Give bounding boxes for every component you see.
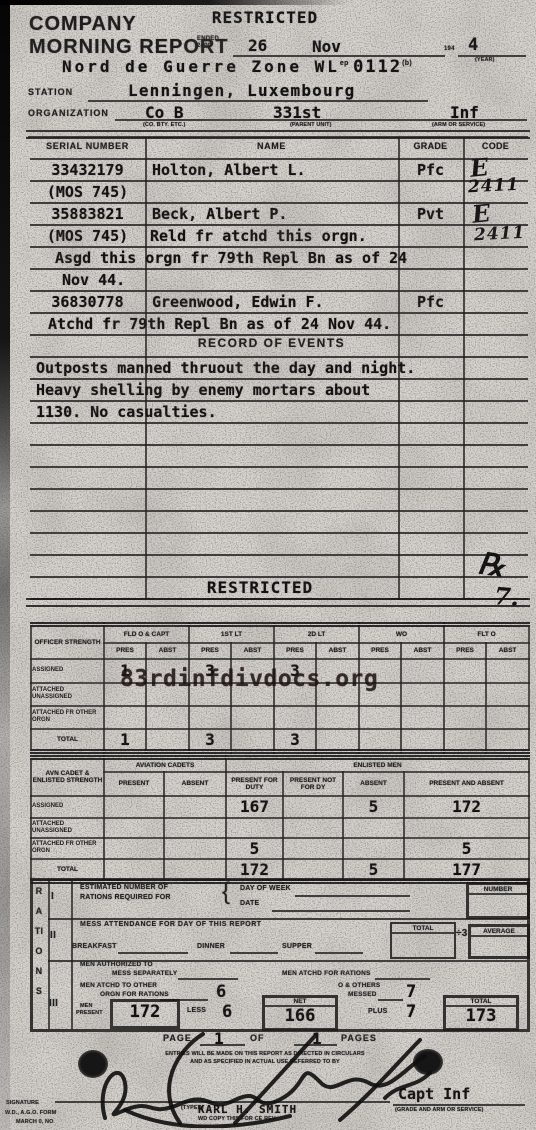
brace-glyph: { [222, 878, 230, 906]
enlisted-attother-value [283, 838, 343, 859]
report-year: 4 [468, 35, 478, 55]
officer-attother-value [189, 706, 231, 729]
column-header-name: NAME [145, 141, 398, 151]
enlisted-strength-label: AVN CADET & ENLISTED STRENGTH [31, 758, 104, 796]
number-box: NUMBER [466, 882, 530, 919]
group-wo: WO [359, 625, 444, 643]
handwritten-mark: ℞ [476, 546, 508, 584]
dinner-underline [230, 952, 278, 954]
officer-attunasg-value [486, 683, 529, 706]
officer-attother-value [231, 706, 274, 729]
enlisted-attother-value [343, 838, 404, 859]
column-divider [463, 138, 465, 600]
officer-attother-value [146, 706, 189, 729]
caption-parent-unit: (PARENT UNIT) [290, 122, 332, 128]
subcol-abst: ABST [316, 643, 359, 659]
men-atchd-underline [375, 978, 430, 980]
officer-total-value [359, 729, 401, 752]
form-title-line1: COMPANY [29, 13, 137, 36]
caption-arm-service: (ARM OR SERVICE) [432, 122, 485, 128]
officer-attother-value [316, 706, 359, 729]
col-absent: ABSENT [343, 772, 404, 796]
men-present-label1: MEN [80, 1003, 93, 1009]
station-label: STATION [28, 87, 73, 97]
o-and-others-line2: MESSED [348, 991, 377, 998]
mid-bottom-rule [26, 598, 530, 607]
officer-total-value [444, 729, 486, 752]
column-header-code: CODE [463, 141, 528, 151]
supper-underline [315, 952, 363, 954]
enlisted-attother-value [104, 838, 164, 859]
men-present-box: 172 [110, 999, 180, 1029]
mess-separately-underline [178, 978, 238, 980]
col-cadets-absent: ABSENT [164, 772, 226, 796]
subcol-abst: ABST [401, 643, 444, 659]
roster-serial: (MOS 745) [30, 227, 145, 245]
rations-roman-2: II [50, 930, 56, 941]
roster-note: Nov 44. [62, 271, 125, 289]
rations-sec1-divider [48, 918, 527, 920]
men-present-value: 172 [113, 1002, 177, 1022]
roster-name: Beck, Albert P. [152, 205, 287, 223]
row-label-attached-unassigned: ATTACHED UNASSIGNED [31, 818, 104, 838]
rations-roman-3: III [49, 998, 58, 1009]
officer-total-value [231, 729, 274, 752]
enlisted-assigned-value: 5 [343, 796, 404, 818]
enlisted-attother-value: 5 [404, 838, 529, 859]
col-present-for-duty: PRESENT FOR DUTY [226, 772, 283, 796]
map-zone: Nord de Guerre Zone WL [62, 57, 340, 76]
roster-serial: 35883821 [30, 205, 145, 223]
enlisted-assigned-value: 167 [226, 796, 283, 818]
supper-label: SUPPER [282, 943, 312, 950]
group-fldo-capt: FLD O & CAPT [104, 625, 189, 643]
average-box: AVERAGE [468, 924, 530, 959]
subcol-abst: ABST [231, 643, 274, 659]
scan-edge-top [0, 0, 350, 5]
officer-attother-value [401, 706, 444, 729]
rations-estimated-line2: RATIONS REQUIRED FOR [80, 894, 171, 901]
officer-strength-label: OFFICER STRENGTH [31, 625, 104, 659]
less-label: LESS [187, 1007, 206, 1014]
enlisted-attunasg-value [164, 818, 226, 838]
divide-by-3: ÷3 [456, 928, 468, 939]
date-label: DATE [240, 900, 259, 907]
record-of-events-header: RECORD OF EVENTS [145, 336, 398, 350]
roster-grade: Pvt [398, 205, 463, 223]
organization-underline [115, 119, 527, 121]
group-1st-lt: 1ST LT [189, 625, 274, 643]
officer-attother-value [359, 706, 401, 729]
ended-label-line2: 2400 [197, 43, 211, 49]
mess-attendance-title: MESS ATTENDANCE FOR DAY OF THIS REPORT [80, 921, 262, 928]
officer-assigned-value [444, 659, 486, 683]
men-atchd-other-line2: ORGN FOR RATIONS [100, 991, 169, 998]
enlisted-attother-value: 5 [226, 838, 283, 859]
handwritten-code: 2411 [474, 223, 526, 246]
men-authorized-line2: MESS SEPARATELY [112, 970, 177, 977]
roster-grade: Pfc [398, 293, 463, 311]
officer-attunasg-value [444, 683, 486, 706]
signature-label: SIGNATURE [6, 1100, 39, 1106]
others-messed-value: 7 [406, 982, 416, 1002]
enlisted-attunasg-value [226, 818, 283, 838]
year-caption: (YEAR) [475, 57, 495, 63]
roster-serial: (MOS 745) [30, 183, 145, 201]
officer-attunasg-value [401, 683, 444, 706]
report-day: 26 [248, 36, 267, 55]
net-value: 166 [265, 1007, 335, 1025]
rations-estimated-line1: ESTIMATED NUMBER OF [80, 884, 168, 891]
handwritten-code: 2411 [468, 175, 520, 198]
caption-co-bty: (CO. BTY. ETC.) [143, 122, 185, 128]
rations-roman-divider [71, 881, 73, 1029]
officer-total-value: 3 [189, 729, 231, 752]
officer-attother-value [444, 706, 486, 729]
scan-edge-left [0, 0, 10, 1130]
enlisted-assigned-value: 172 [404, 796, 529, 818]
handwritten-mark: 7. [493, 581, 520, 612]
enlisted-attunasg-value [404, 818, 529, 838]
roster-name: Reld fr atchd this orgn. [150, 227, 367, 245]
enlisted-attunasg-value [343, 818, 404, 838]
map-reference: Nord de Guerre Zone WLep 0112(b) [62, 57, 412, 77]
roster-serial: 33432179 [30, 161, 145, 179]
officer-total-value [486, 729, 529, 752]
officer-total-value [316, 729, 359, 752]
roster-note: Asgd this orgn fr 79th Repl Bn as of 24 [55, 249, 407, 267]
mess-total-box: TOTAL [390, 922, 456, 959]
row-label-assigned: ASSIGNED [31, 796, 104, 818]
officer-assigned-value [401, 659, 444, 683]
date-value-underline [272, 910, 410, 912]
subcol-pres: PRES [189, 643, 231, 659]
rations-roman-1: I [51, 891, 54, 902]
subcol-abst: ABST [146, 643, 189, 659]
o-and-others-line1: O & OTHERS [338, 982, 380, 989]
officer-attother-value [274, 706, 316, 729]
enlisted-assigned-value [283, 796, 343, 818]
subcol-pres: PRES [359, 643, 401, 659]
station-underline [88, 100, 428, 102]
roster-serial: 36830778 [30, 293, 145, 311]
row-label-total: TOTAL [31, 729, 104, 752]
day-of-week-underline [295, 895, 410, 897]
day-of-week-label: DAY OF WEEK [240, 885, 291, 892]
group-2d-lt: 2D LT [274, 625, 359, 643]
mess-total-label: TOTAL [392, 924, 454, 934]
officer-assigned-value [486, 659, 529, 683]
officer-attother-value [104, 706, 146, 729]
restricted-stamp-top: RESTRICTED [200, 8, 330, 27]
atchd-other-value: 6 [216, 982, 226, 1002]
men-authorized-line1: MEN AUTHORIZED TO [80, 961, 153, 968]
report-month: Nov [312, 37, 341, 56]
event-line: Heavy shelling by enemy mortars about [36, 381, 370, 399]
roster-name: Greenwood, Edwin F. [152, 293, 324, 311]
column-header-serial: SERIAL NUMBER [30, 141, 145, 151]
year-printed: 194 [444, 46, 455, 52]
roster-name: Holton, Albert L. [152, 161, 306, 179]
ended-label-line1: ENDED [197, 36, 219, 42]
enlisted-attunasg-value [104, 818, 164, 838]
event-line: 1130. No casualties. [36, 403, 217, 421]
group-enlisted-men: ENLISTED MEN [226, 758, 529, 772]
average-box-label: AVERAGE [471, 927, 527, 937]
men-present-label2: PRESENT [76, 1010, 103, 1016]
officer-total-value [401, 729, 444, 752]
row-label-assigned: ASSIGNED [31, 659, 104, 683]
roster-header-top-rule [28, 136, 528, 138]
column-header-grade: GRADE [398, 141, 463, 151]
plus-value: 7 [406, 1002, 416, 1022]
map-coordinate: 0112 [353, 57, 402, 77]
group-aviation-cadets: AVIATION CADETS [104, 758, 226, 772]
station-value: Lenningen, Luxembourg [128, 81, 356, 100]
enlisted-attunasg-value [283, 818, 343, 838]
enlisted-assigned-value [104, 796, 164, 818]
col-present-not-for-dy: PRESENT NOT FOR DY [283, 772, 343, 796]
officer-attother-value [486, 706, 529, 729]
col-present-and-absent: PRESENT AND ABSENT [404, 772, 529, 796]
men-atchd-for-rations-label: MEN ATCHD FOR RATIONS [282, 970, 371, 977]
handwritten-signature [85, 1028, 465, 1128]
enlisted-attother-value [164, 838, 226, 859]
roster-note: Atchd fr 79th Repl Bn as of 24 Nov 44. [48, 315, 391, 333]
organization-label: ORGANIZATION [28, 108, 109, 118]
dinner-label: DINNER [197, 943, 225, 950]
restricted-stamp-mid: RESTRICTED [195, 578, 325, 597]
men-atchd-other-line1: MEN ATCHD TO OTHER [80, 982, 157, 989]
col-cadets-present: PRESENT [104, 772, 164, 796]
enlisted-assigned-value [164, 796, 226, 818]
subcol-pres: PRES [274, 643, 316, 659]
net-box: NET 166 [262, 995, 338, 1031]
morning-report-document: RESTRICTED COMPANY MORNING REPORT ENDED … [0, 0, 536, 1130]
event-line: Outposts manned thruout the day and nigh… [36, 359, 415, 377]
less-value: 6 [222, 1002, 232, 1022]
officer-total-value [146, 729, 189, 752]
subcol-abst: ABST [486, 643, 529, 659]
officer-total-value: 1 [104, 729, 146, 752]
officer-total-value: 3 [274, 729, 316, 752]
map-superscript-1: ep [340, 60, 349, 67]
subcol-pres: PRES [104, 643, 146, 659]
rations-total-value: 173 [446, 1007, 516, 1025]
breakfast-underline [118, 952, 188, 954]
form-number-line2: MARCH 0, NO [16, 1119, 53, 1125]
breakfast-label: BREAKFAST [72, 943, 117, 950]
roster-grade: Pfc [398, 161, 463, 179]
number-box-label: NUMBER [469, 885, 527, 895]
messed-underline [378, 999, 403, 1001]
group-flt-o: FLT O [444, 625, 529, 643]
row-label-attached-fr-other: ATTACHED FR OTHER ORGN [31, 706, 104, 729]
row-label-attached-fr-other: ATTACHED FR OTHER ORGN [31, 838, 104, 859]
rations-total-box: TOTAL 173 [443, 995, 519, 1031]
rations-vertical-label: RATIONS [34, 881, 44, 1001]
plus-label: PLUS [368, 1008, 387, 1015]
row-label-attached-unassigned: ATTACHED UNASSIGNED [31, 683, 104, 706]
form-number-line1: W.D., A.G.O. FORM [5, 1110, 56, 1116]
map-superscript-2: (b) [402, 60, 412, 67]
website-watermark: 83rdinfdivdocs.org [120, 666, 378, 692]
enlisted-strength-table: AVN CADET & ENLISTED STRENGTH AVIATION C… [30, 755, 530, 884]
subcol-pres: PRES [444, 643, 486, 659]
